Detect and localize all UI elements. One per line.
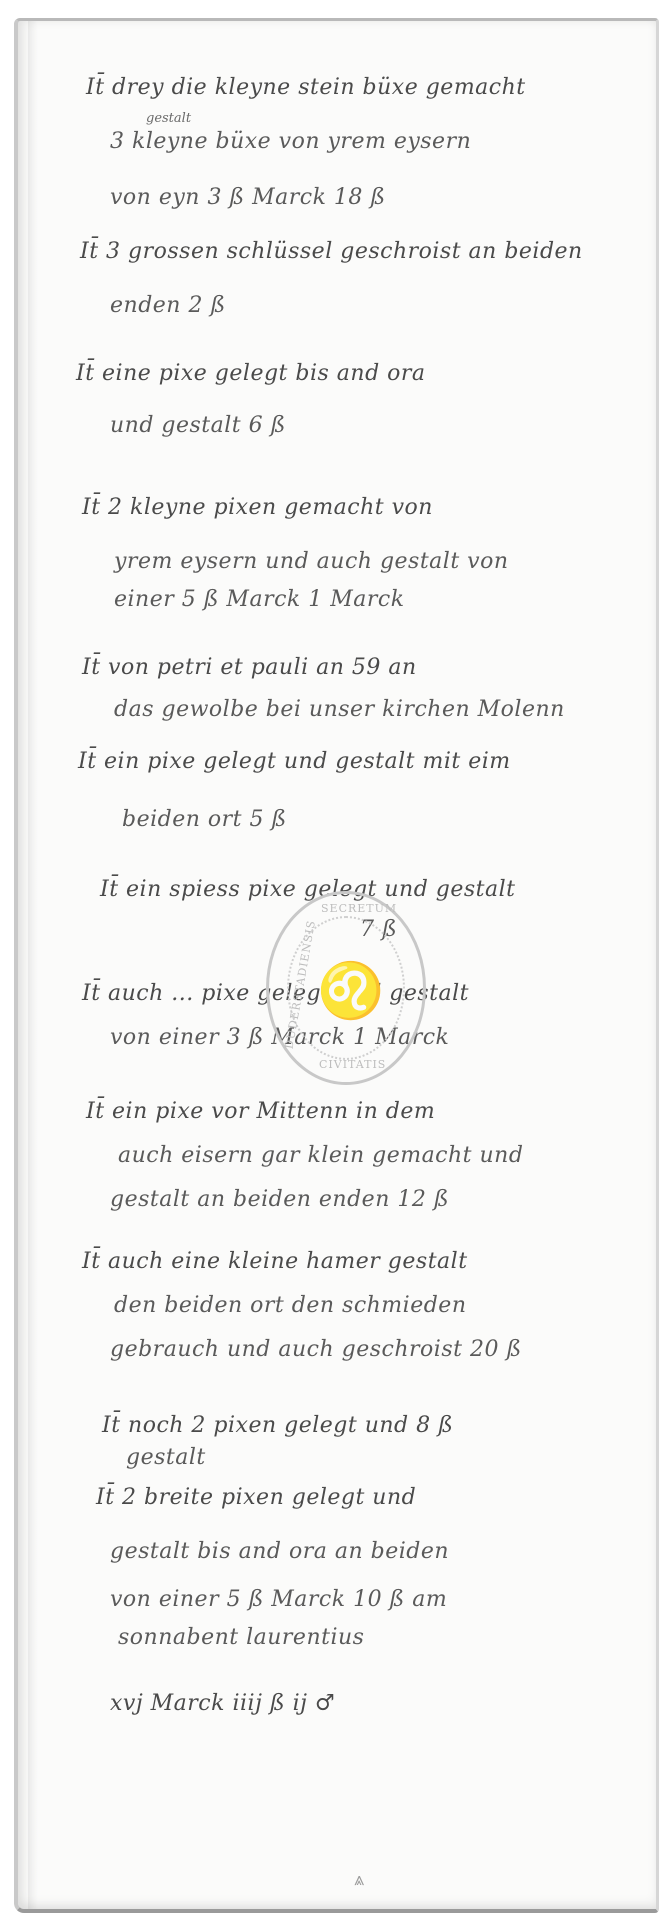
entry-5-line-2: das gewolbe bei unser kirchen Molenn (114, 697, 565, 722)
entry-12-line-2: gestalt bis and ora an beiden (110, 1539, 449, 1564)
entry-2-line-2: enden 2 ß (110, 293, 226, 318)
entry-4-line-3: einer 5 ß Marck 1 Marck (114, 587, 405, 612)
entry-5-line-1: It̄ von petri et pauli an 59 an (82, 655, 417, 680)
entry-3-line-1: It̄ eine pixe gelegt bis and ora (76, 361, 426, 386)
entry-10-line-1: It̄ auch eine kleine hamer gestalt (82, 1249, 468, 1274)
entry-7-line-1: It̄ ein spiess pixe gelegt und gestalt (100, 877, 516, 902)
entry-9-line-1: It̄ ein pixe vor Mittenn in dem (86, 1099, 435, 1124)
entry-12-line-4: sonnabent laurentius (118, 1625, 364, 1650)
entry-1-line-2: 3 kleyne büxe von yrem eysern (110, 129, 471, 154)
entry-6-line-1: It̄ ein pixe gelegt und gestalt mit eim (78, 749, 511, 774)
entry-12-line-1: It̄ 2 breite pixen gelegt und (96, 1485, 416, 1510)
entry-1-line-1: It̄ drey die kleyne stein büxe gemacht (86, 75, 526, 100)
entry-9-line-2: auch eisern gar klein gemacht und (118, 1143, 523, 1168)
seal-legend-top: SECRETUM (321, 902, 397, 915)
entry-2-line-1: It̄ 3 grossen schlüssel geschroist an be… (80, 239, 583, 264)
manuscript-page: It̄ drey die kleyne stein büxe gemacht g… (14, 18, 659, 1913)
entry-12-line-3: von einer 5 ß Marck 10 ß am (110, 1587, 447, 1612)
entry-10-line-2: den beiden ort den schmieden (114, 1293, 467, 1318)
entry-1-line-3: von eyn 3 ß Marck 18 ß (110, 185, 386, 210)
pencil-mark-icon: ⩓ (354, 1869, 364, 1890)
entry-4-line-2: yrem eysern und auch gestalt von (114, 549, 509, 574)
city-seal-stamp: SECRETUM DUDERSTADIENSIS CIVITATIS ♌ (266, 891, 426, 1085)
entry-11-line-1: It̄ noch 2 pixen gelegt und 8 ß (102, 1413, 453, 1438)
seal-legend-bottom: CIVITATIS (319, 1058, 386, 1071)
page-total: xvj Marck iiij ß ij ♂ (110, 1691, 335, 1716)
entry-11-line-2: gestalt (126, 1445, 206, 1470)
entry-4-line-1: It̄ 2 kleyne pixen gemacht von (82, 495, 433, 520)
entry-9-line-3: gestalt an beiden enden 12 ß (110, 1187, 449, 1212)
lion-emblem-icon: ♌ (317, 956, 381, 1026)
entry-3-line-2: und gestalt 6 ß (110, 413, 286, 438)
entry-10-line-3: gebrauch und auch geschroist 20 ß (110, 1337, 522, 1362)
entry-6-line-2: beiden ort 5 ß (122, 807, 287, 832)
entry-1-interlinear-note: gestalt (146, 111, 191, 126)
